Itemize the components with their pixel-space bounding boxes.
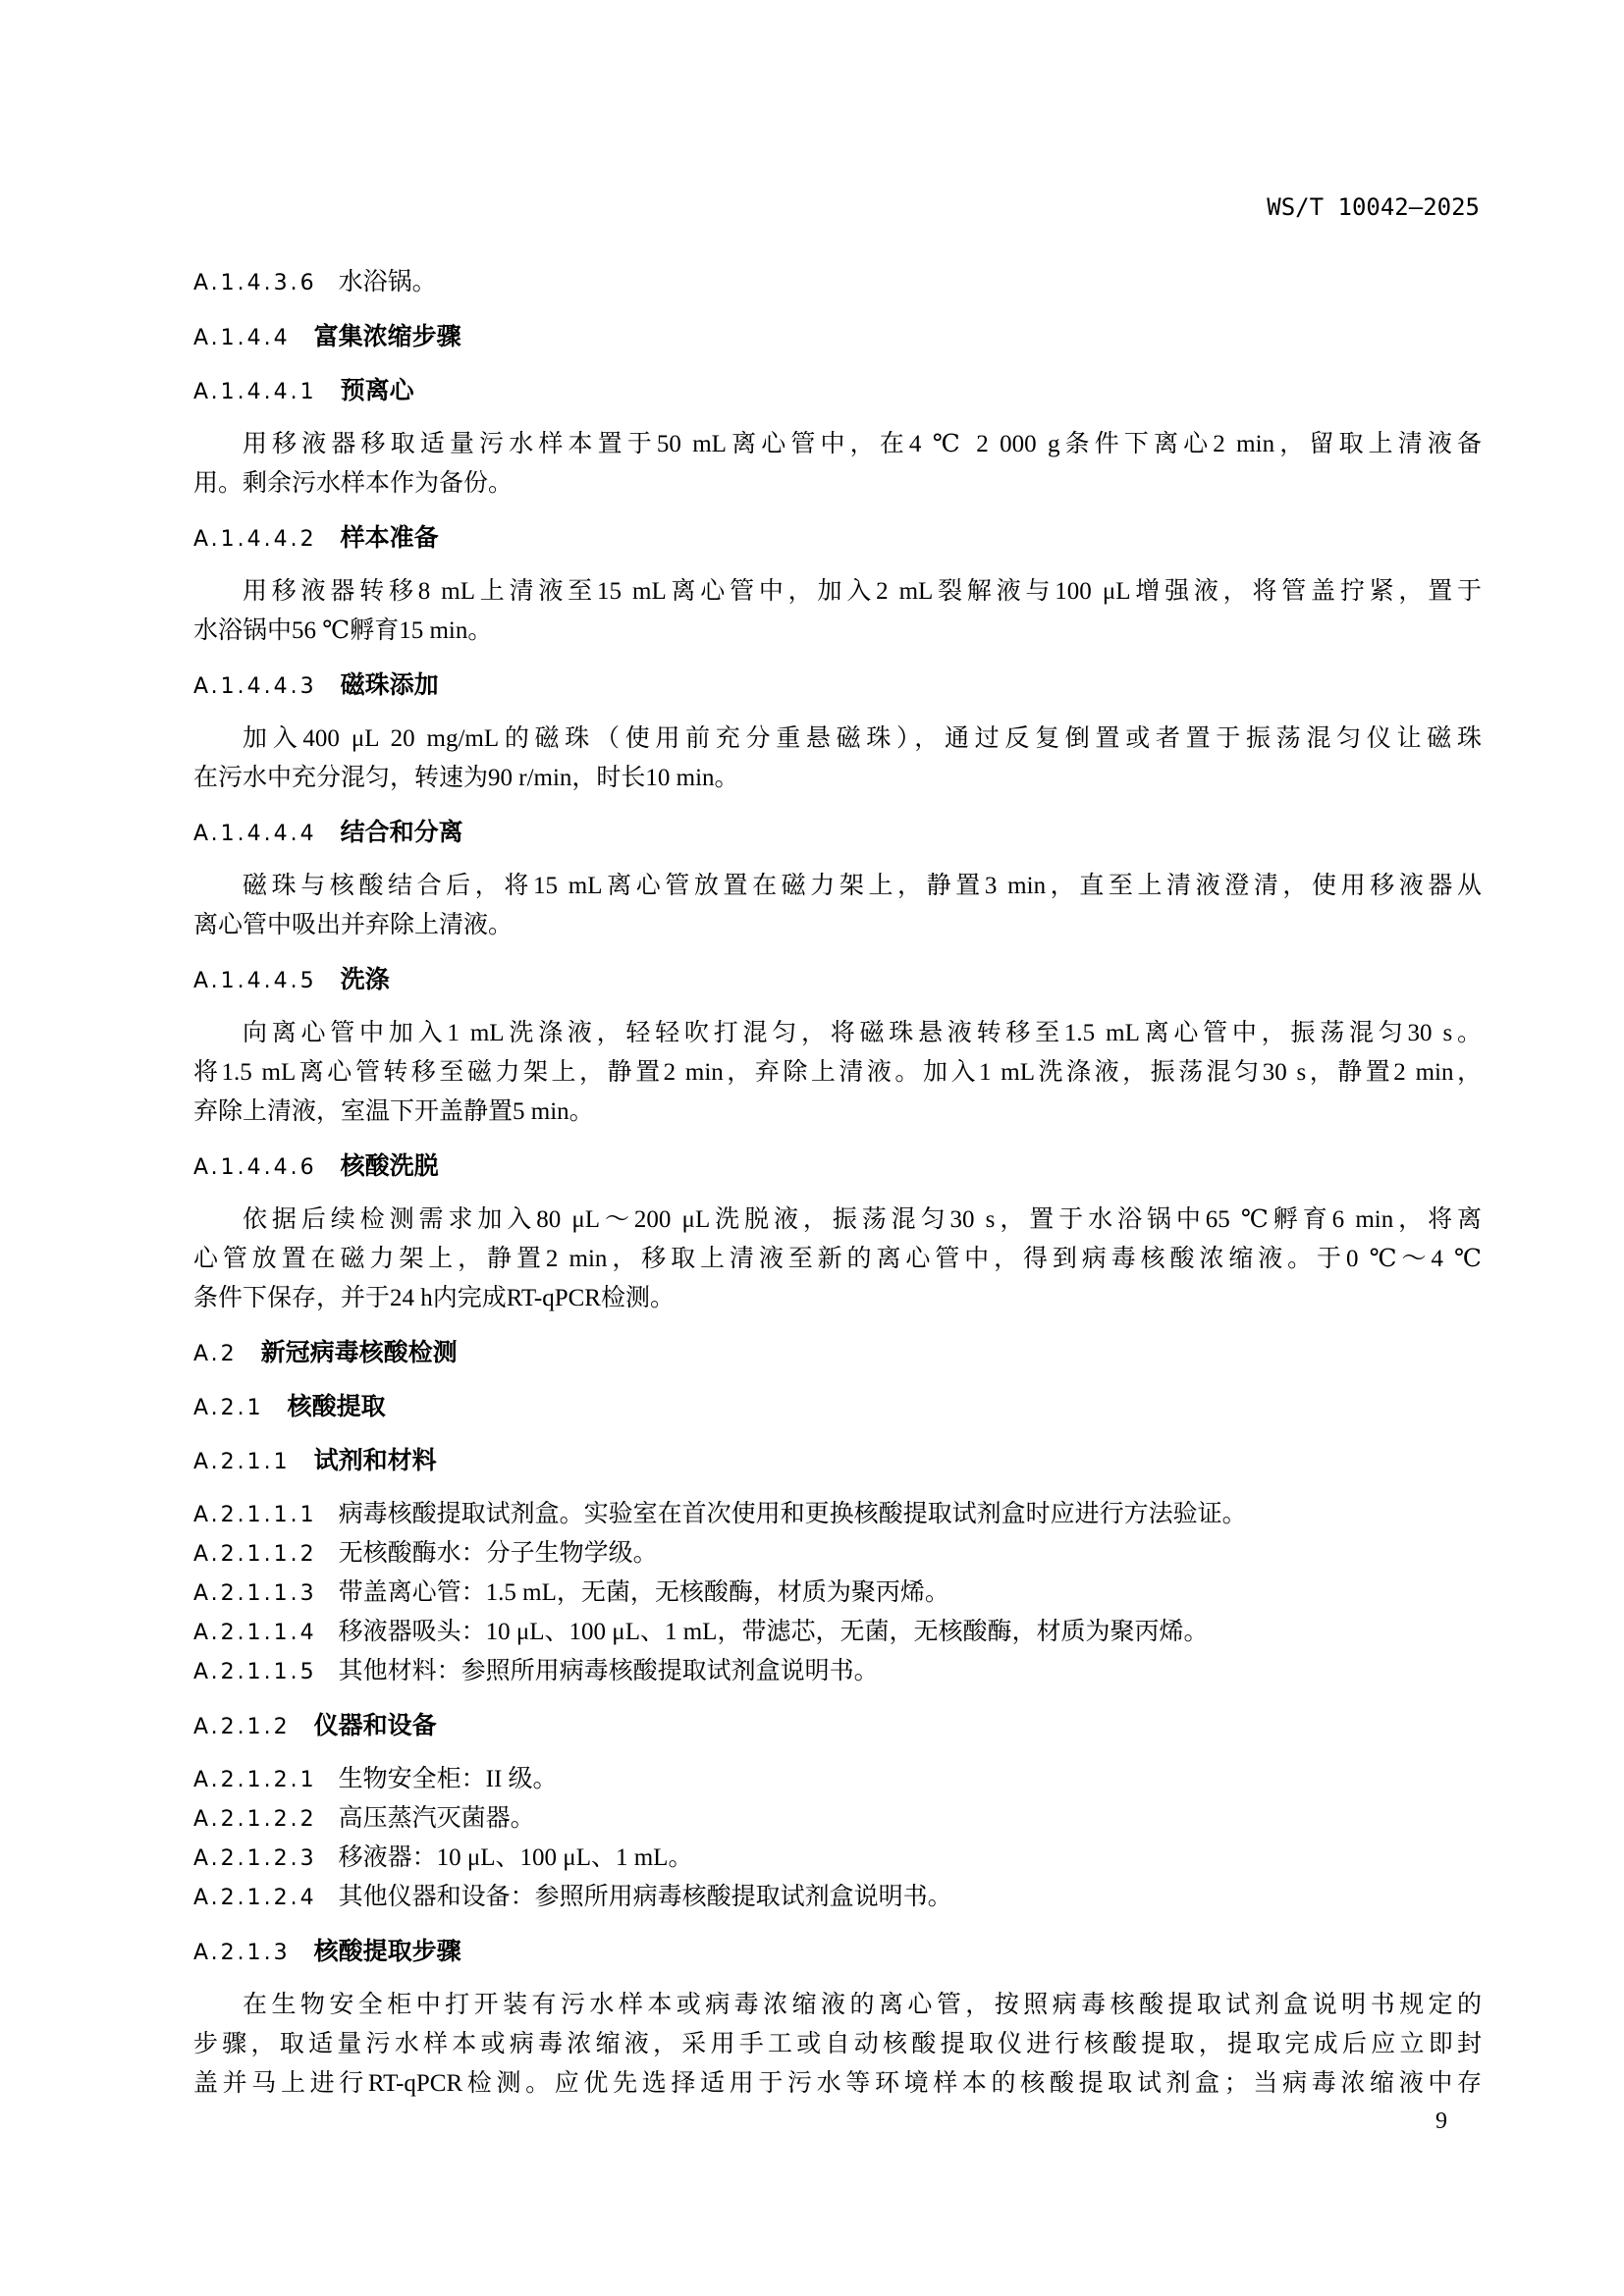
item-text: 生物安全柜：II 级。	[339, 1766, 558, 1792]
paragraph-line: 弃除上清液，室温下开盖静置5 min。	[193, 1093, 1482, 1132]
list-item: A.1.4.3.6水浴锅。	[193, 263, 1482, 303]
item-number: A.2.1.1.4	[193, 1614, 317, 1653]
list-item: A.2.1.1.1病毒核酸提取试剂盒。实验室在首次使用和更换核酸提取试剂盒时应进…	[193, 1495, 1482, 1535]
paragraph-line: 将1.5 mL离心管转移至磁力架上，静置2 min，弃除上清液。加入1 mL洗涤…	[193, 1053, 1482, 1093]
paragraph-line: 磁珠与核酸结合后，将15 mL离心管放置在磁力架上，静置3 min，直至上清液澄…	[193, 867, 1482, 906]
heading-title: 核酸提取步骤	[314, 1937, 461, 1965]
heading-title: 新冠病毒核酸检测	[261, 1338, 458, 1366]
list-item: A.2.1.1.2无核酸酶水：分子生物学级。	[193, 1534, 1482, 1575]
item-number: A.2.1.1.2	[193, 1535, 317, 1575]
item-number: A.1.4.3.6	[193, 264, 317, 303]
paragraph-line: 水浴锅中56 ℃孵育15 min。	[193, 612, 1482, 651]
item-number: A.2.1.2.3	[193, 1840, 317, 1879]
paragraph-line: 用移液器移取适量污水样本置于50 mL离心管中，在4 ℃ 2 000 g条件下离…	[193, 425, 1482, 464]
section-heading: A.2.1.3核酸提取步骤	[193, 1932, 1482, 1973]
paragraph-line: 用。剩余污水样本作为备份。	[193, 464, 1482, 504]
list-item: A.2.1.2.2高压蒸汽灭菌器。	[193, 1799, 1482, 1840]
heading-number: A.2.1.3	[193, 1934, 291, 1973]
paragraph-line: 向离心管中加入1 mL洗涤液，轻轻吹打混匀，将磁珠悬液转移至1.5 mL离心管中…	[193, 1014, 1482, 1053]
heading-title: 样本准备	[341, 523, 439, 552]
paragraph-line: 用移液器转移8 mL上清液至15 mL离心管中，加入2 mL裂解液与100 μL…	[193, 572, 1482, 612]
section-heading: A.2.1.1试剂和材料	[193, 1441, 1482, 1482]
section-heading: A.1.4.4.4结合和分离	[193, 813, 1482, 854]
heading-number: A.2	[193, 1335, 238, 1374]
paragraph-line: 依据后续检测需求加入80 μL～200 μL洗脱液，振荡混匀30 s，置于水浴锅…	[193, 1201, 1482, 1240]
item-text: 带盖离心管：1.5 mL，无菌，无核酸酶，材质为聚丙烯。	[339, 1579, 949, 1606]
item-number: A.2.1.1.5	[193, 1653, 317, 1692]
section-heading: A.2.1核酸提取	[193, 1387, 1482, 1428]
heading-number: A.2.1	[193, 1389, 264, 1428]
heading-number: A.1.4.4.6	[193, 1148, 317, 1188]
list-item: A.2.1.2.4其他仪器和设备：参照所用病毒核酸提取试剂盒说明书。	[193, 1878, 1482, 1918]
heading-number: A.1.4.4	[193, 319, 291, 358]
heading-number: A.1.4.4.5	[193, 962, 317, 1001]
heading-title: 仪器和设备	[314, 1711, 437, 1739]
item-text: 高压蒸汽灭菌器。	[339, 1805, 535, 1832]
page-number: 9	[1435, 2109, 1447, 2135]
item-text: 无核酸酶水：分子生物学级。	[339, 1540, 658, 1567]
paragraph-line: 盖并马上进行RT-qPCR检测。应优先选择适用于污水等环境样本的核酸提取试剂盒；…	[193, 2064, 1482, 2104]
item-number: A.2.1.2.1	[193, 1761, 317, 1800]
heading-number: A.2.1.2	[193, 1708, 291, 1747]
item-number: A.2.1.2.4	[193, 1879, 317, 1918]
heading-title: 核酸洗脱	[341, 1151, 439, 1180]
item-text: 水浴锅。	[339, 269, 437, 295]
heading-number: A.1.4.4.2	[193, 520, 317, 560]
heading-title: 磁珠添加	[341, 670, 439, 699]
heading-title: 富集浓缩步骤	[314, 322, 461, 350]
section-heading: A.2.1.2仪器和设备	[193, 1706, 1482, 1747]
list-item: A.2.1.1.3带盖离心管：1.5 mL，无菌，无核酸酶，材质为聚丙烯。	[193, 1574, 1482, 1614]
item-text: 其他材料：参照所用病毒核酸提取试剂盒说明书。	[339, 1658, 879, 1684]
section-heading: A.1.4.4.2样本准备	[193, 518, 1482, 560]
list-item: A.2.1.2.3移液器：10 μL、100 μL、1 mL。	[193, 1839, 1482, 1879]
heading-number: A.2.1.1	[193, 1443, 291, 1482]
list-item: A.2.1.1.5其他材料：参照所用病毒核酸提取试剂盒说明书。	[193, 1652, 1482, 1692]
heading-number: A.1.4.4.3	[193, 667, 317, 707]
list-item: A.2.1.1.4移液器吸头：10 μL、100 μL、1 mL，带滤芯，无菌，…	[193, 1613, 1482, 1653]
section-heading: A.1.4.4.1预离心	[193, 371, 1482, 412]
item-text: 病毒核酸提取试剂盒。实验室在首次使用和更换核酸提取试剂盒时应进行方法验证。	[339, 1501, 1247, 1527]
heading-title: 洗涤	[341, 965, 390, 993]
item-text: 其他仪器和设备：参照所用病毒核酸提取试剂盒说明书。	[339, 1884, 952, 1910]
heading-title: 结合和分离	[341, 818, 463, 846]
section-heading: A.2新冠病毒核酸检测	[193, 1333, 1482, 1374]
section-heading: A.1.4.4.6核酸洗脱	[193, 1147, 1482, 1188]
heading-title: 预离心	[341, 376, 414, 404]
paragraph-line: 加入400 μL 20 mg/mL的磁珠（使用前充分重悬磁珠），通过反复倒置或者…	[193, 720, 1482, 759]
heading-number: A.1.4.4.4	[193, 815, 317, 854]
item-number: A.2.1.2.2	[193, 1800, 317, 1840]
paragraph-line: 条件下保存，并于24 h内完成RT-qPCR检测。	[193, 1279, 1482, 1318]
heading-title: 核酸提取	[288, 1392, 386, 1420]
section-heading: A.1.4.4.5洗涤	[193, 960, 1482, 1001]
list-item: A.2.1.2.1生物安全柜：II 级。	[193, 1760, 1482, 1800]
standard-code-header: WS/T 10042—2025	[1267, 193, 1480, 221]
heading-title: 试剂和材料	[314, 1446, 437, 1474]
paragraph-line: 离心管中吸出并弃除上清液。	[193, 906, 1482, 945]
paragraph-line: 在污水中充分混匀，转速为90 r/min，时长10 min。	[193, 759, 1482, 798]
item-text: 移液器吸头：10 μL、100 μL、1 mL，带滤芯，无菌，无核酸酶，材质为聚…	[339, 1619, 1209, 1645]
document-page: WS/T 10042—2025 A.1.4.3.6水浴锅。 A.1.4.4富集浓…	[0, 0, 1624, 2296]
paragraph-line: 心管放置在磁力架上，静置2 min，移取上清液至新的离心管中，得到病毒核酸浓缩液…	[193, 1240, 1482, 1279]
section-heading: A.1.4.4富集浓缩步骤	[193, 317, 1482, 358]
item-number: A.2.1.1.1	[193, 1496, 317, 1535]
paragraph-line: 在生物安全柜中打开装有污水样本或病毒浓缩液的离心管，按照病毒核酸提取试剂盒说明书…	[193, 1986, 1482, 2025]
section-heading: A.1.4.4.3磁珠添加	[193, 666, 1482, 707]
item-number: A.2.1.1.3	[193, 1575, 317, 1614]
item-text: 移液器：10 μL、100 μL、1 mL。	[339, 1844, 693, 1871]
heading-number: A.1.4.4.1	[193, 373, 317, 412]
paragraph-line: 步骤，取适量污水样本或病毒浓缩液，采用手工或自动核酸提取仪进行核酸提取，提取完成…	[193, 2025, 1482, 2064]
